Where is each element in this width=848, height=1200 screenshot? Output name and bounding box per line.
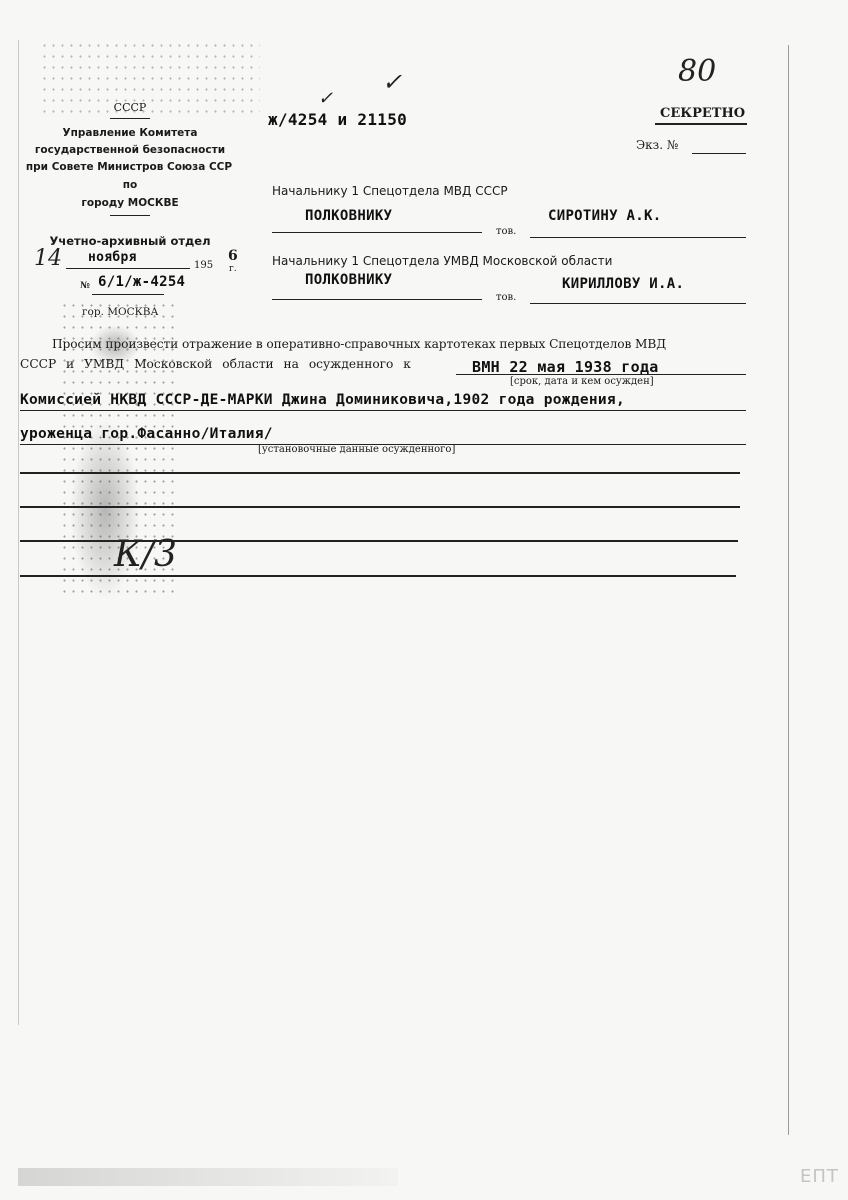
issuer-line: Управление Комитета — [40, 127, 220, 139]
bottom-mark: ЕПТ — [800, 1166, 839, 1187]
reference-number: ж/4254 и 21150 — [268, 110, 407, 129]
recipient-tov: тов. — [496, 226, 516, 237]
page-number-handwritten: 80 — [678, 54, 716, 89]
document-number: 6/1/ж-4254 — [98, 274, 185, 290]
person-line-2: уроженца гор.Фасанно/Италия/ — [20, 426, 273, 442]
date-day: 14 — [34, 246, 62, 271]
divider — [110, 215, 150, 216]
issuer-line: городу МОСКВЕ — [60, 197, 200, 209]
recipient-rank-line — [272, 232, 482, 233]
date-year-suffix: 6 — [228, 248, 238, 264]
checkmark-icon: ✓ — [318, 88, 333, 109]
recipient-name: КИРИЛЛОВУ И.А. — [562, 276, 684, 292]
person-caption: [установочные данные осужденного] — [258, 444, 455, 455]
recipient-rank: ПОЛКОВНИКУ — [305, 272, 392, 288]
date-year-unit: г. — [229, 264, 237, 274]
issuer-line: государственной безопасности — [30, 144, 230, 156]
handwritten-note: К/3 — [114, 534, 177, 575]
recipient-title: Начальнику 1 Спецотдела УМВД Московской … — [272, 254, 612, 268]
recipient-title: Начальнику 1 Спецотдела МВД СССР — [272, 184, 508, 198]
date-month: ноября — [88, 250, 137, 265]
recipient-name: СИРОТИНУ А.К. — [548, 208, 661, 224]
classification-underline — [655, 123, 747, 125]
checkmark-icon: ✓ — [382, 68, 402, 96]
issuer-line: при Совете Министров Союза ССР — [14, 161, 244, 173]
issuer-country: СССР — [100, 101, 160, 114]
blank-line — [20, 472, 740, 474]
blank-line — [20, 575, 736, 577]
copy-number-label: Экз. № — [636, 138, 678, 152]
number-prefix: № — [80, 281, 90, 291]
issuer-line: по — [100, 179, 160, 191]
date-year-prefix: 195 — [194, 260, 213, 271]
issuer-city: гор. МОСКВА — [82, 306, 158, 318]
sentence-line — [456, 374, 746, 375]
date-underline — [66, 268, 190, 269]
page-edge-left — [18, 40, 19, 1025]
number-underline — [92, 294, 164, 295]
recipient-name-line — [530, 303, 746, 304]
blank-line — [20, 506, 740, 508]
classification-stamp: СЕКРЕТНО — [660, 106, 745, 121]
copy-number-field — [692, 153, 746, 154]
sentence-caption: [срок, дата и кем осужден] — [510, 376, 654, 387]
recipient-rank: ПОЛКОВНИКУ — [305, 208, 392, 224]
divider — [110, 118, 150, 119]
person-line-1: Комиссией НКВД СССР-ДЕ-МАРКИ Джина Домин… — [20, 392, 625, 408]
recipient-name-line — [530, 237, 746, 238]
page-edge-right — [788, 45, 789, 1135]
recipient-tov: тов. — [496, 292, 516, 303]
person-line-1-rule — [20, 410, 746, 411]
body-line-1: Просим произвести отражение в оперативно… — [52, 337, 666, 351]
scan-smudge — [18, 1168, 398, 1186]
recipient-rank-line — [272, 299, 482, 300]
body-line-2: СССР и УМВД Московской области на осужде… — [20, 357, 411, 371]
